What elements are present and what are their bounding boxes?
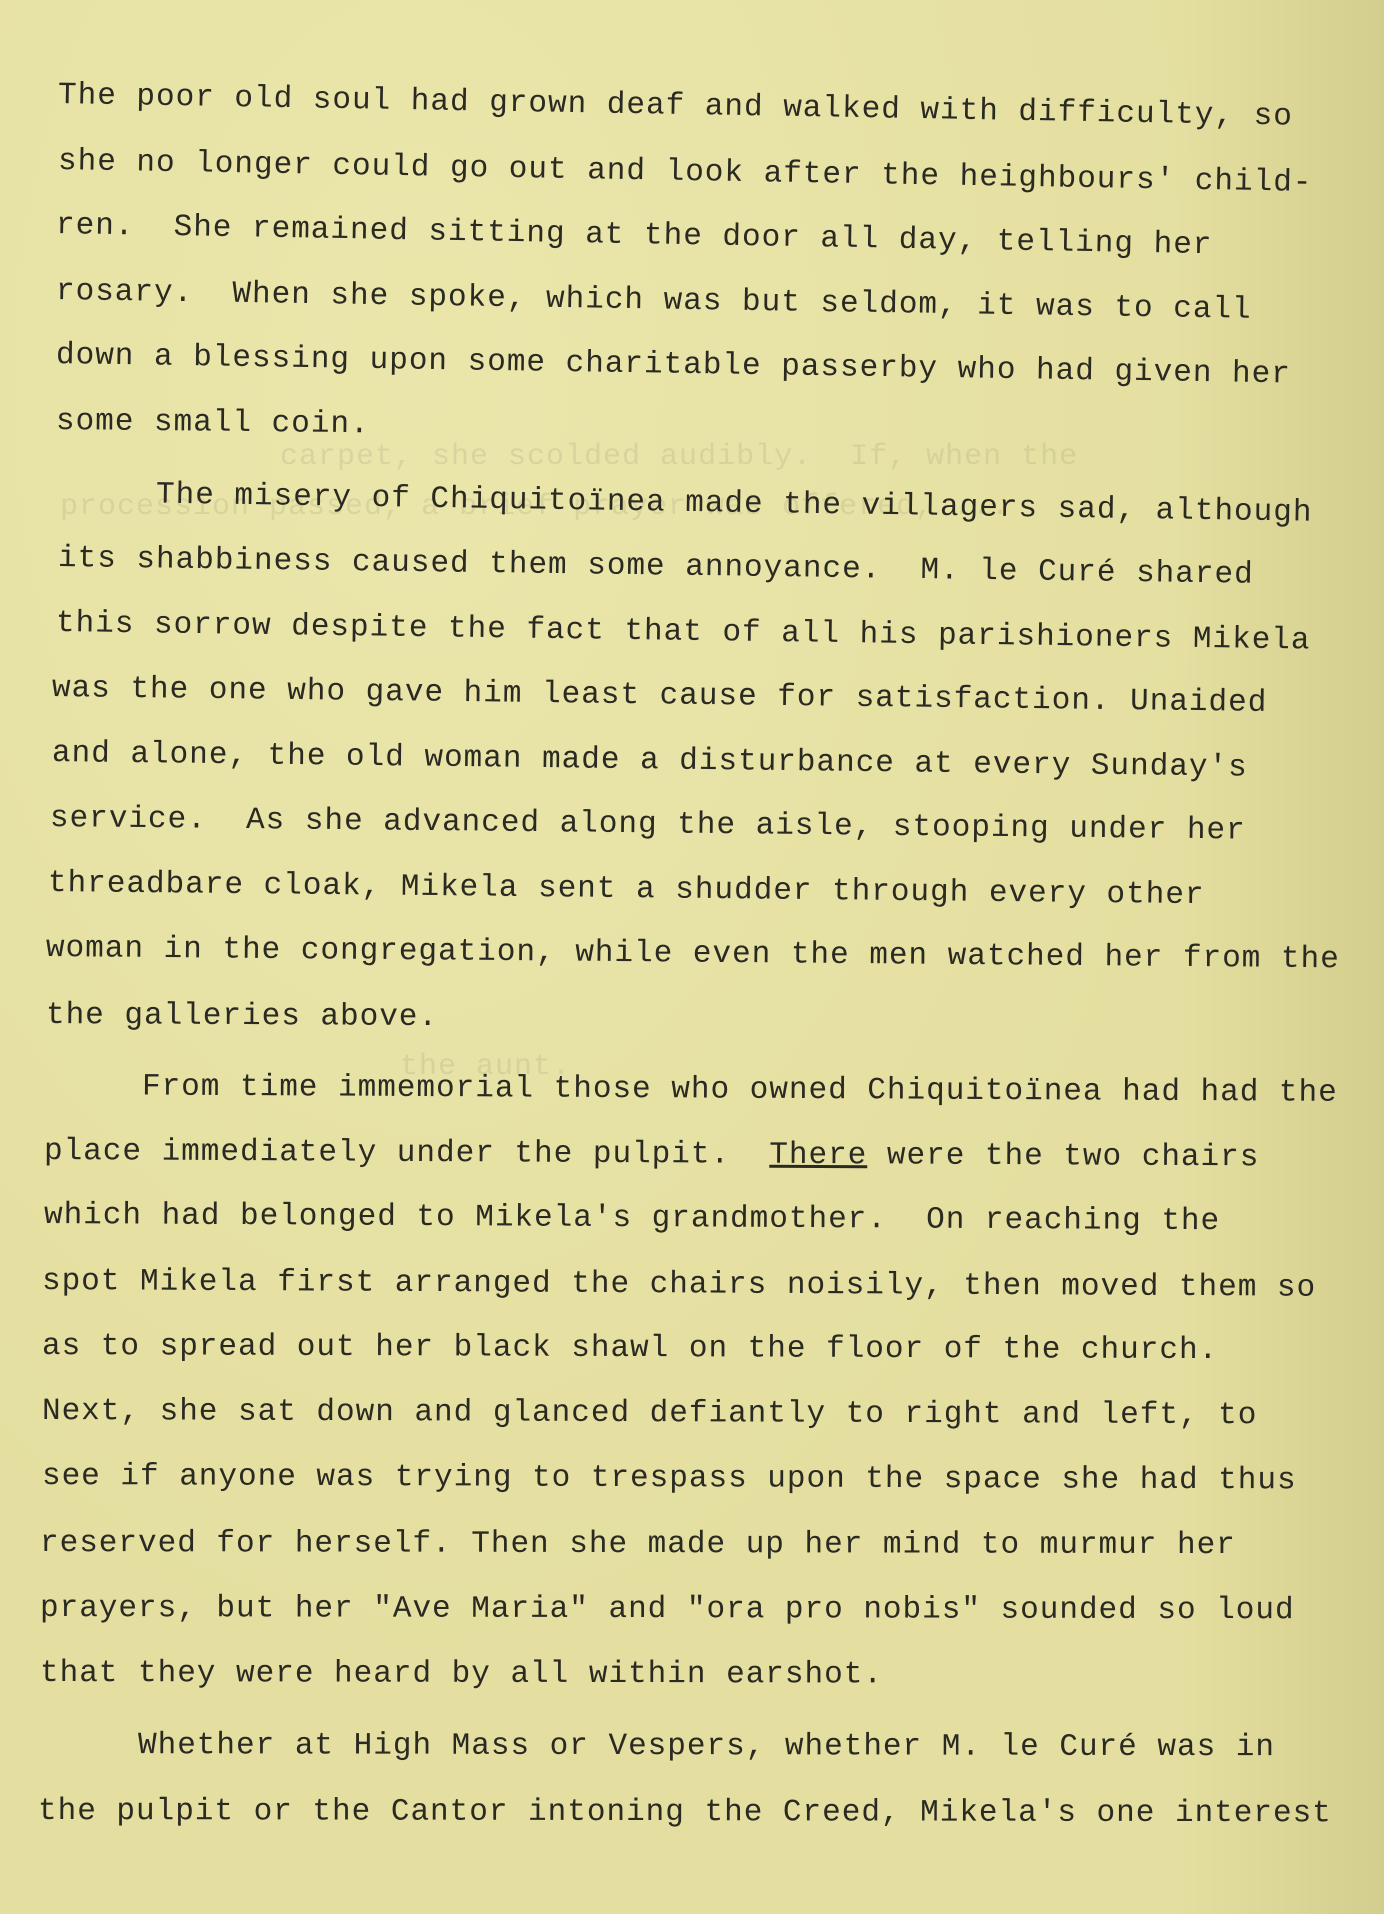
bleed-through-text: carpet, she scolded audibly. If, when th… — [280, 440, 1078, 474]
typewritten-page: carpet, she scolded audibly. If, when th… — [0, 0, 1384, 1914]
text-line: see if anyone was trying to trespass upo… — [42, 1459, 1297, 1498]
text-line: down a blessing upon some charitable pas… — [56, 338, 1291, 392]
text-line: that they were heard by all within earsh… — [40, 1656, 883, 1692]
text-line: the galleries above. — [46, 998, 438, 1035]
text-line: she no longer could go out and look afte… — [58, 144, 1313, 201]
text-line: which had belonged to Mikela's grandmoth… — [44, 1198, 1220, 1239]
text-line: the pulpit or the Cantor intoning the Cr… — [38, 1794, 1332, 1831]
text-line: Whether at High Mass or Vespers, whether… — [40, 1728, 1275, 1765]
underlined-word: There — [769, 1138, 867, 1174]
text-line: spot Mikela first arranged the chairs no… — [42, 1264, 1316, 1306]
text-line: this sorrow despite the fact that of all… — [56, 606, 1311, 659]
text-line: Next, she sat down and glanced defiantly… — [42, 1394, 1258, 1433]
text-line: was the one who gave him least cause for… — [52, 671, 1268, 721]
text-line: The poor old soul had grown deaf and wal… — [58, 78, 1293, 135]
text-line: ren. She remained sitting at the door al… — [56, 208, 1213, 263]
text-line: From time immemorial those who owned Chi… — [44, 1069, 1338, 1111]
text-line: reserved for herself. Then she made up h… — [40, 1526, 1236, 1563]
text-line: as to spread out her black shawl on the … — [42, 1329, 1218, 1368]
text-line: place immediately under the pulpit. Ther… — [44, 1134, 1260, 1175]
text-line: its shabbiness caused them some annoyanc… — [58, 541, 1254, 593]
text-line: prayers, but her "Ave Maria" and "ora pr… — [40, 1591, 1295, 1628]
text-line: and alone, the old woman made a disturba… — [52, 736, 1248, 786]
text-line: some small coin. — [56, 404, 370, 442]
text-line: rosary. When she spoke, which was but se… — [56, 274, 1252, 328]
text-line: threadbare cloak, Mikela sent a shudder … — [48, 866, 1205, 913]
text-line: woman in the congregation, while even th… — [46, 931, 1340, 977]
text-line: service. As she advanced along the aisle… — [50, 801, 1246, 849]
